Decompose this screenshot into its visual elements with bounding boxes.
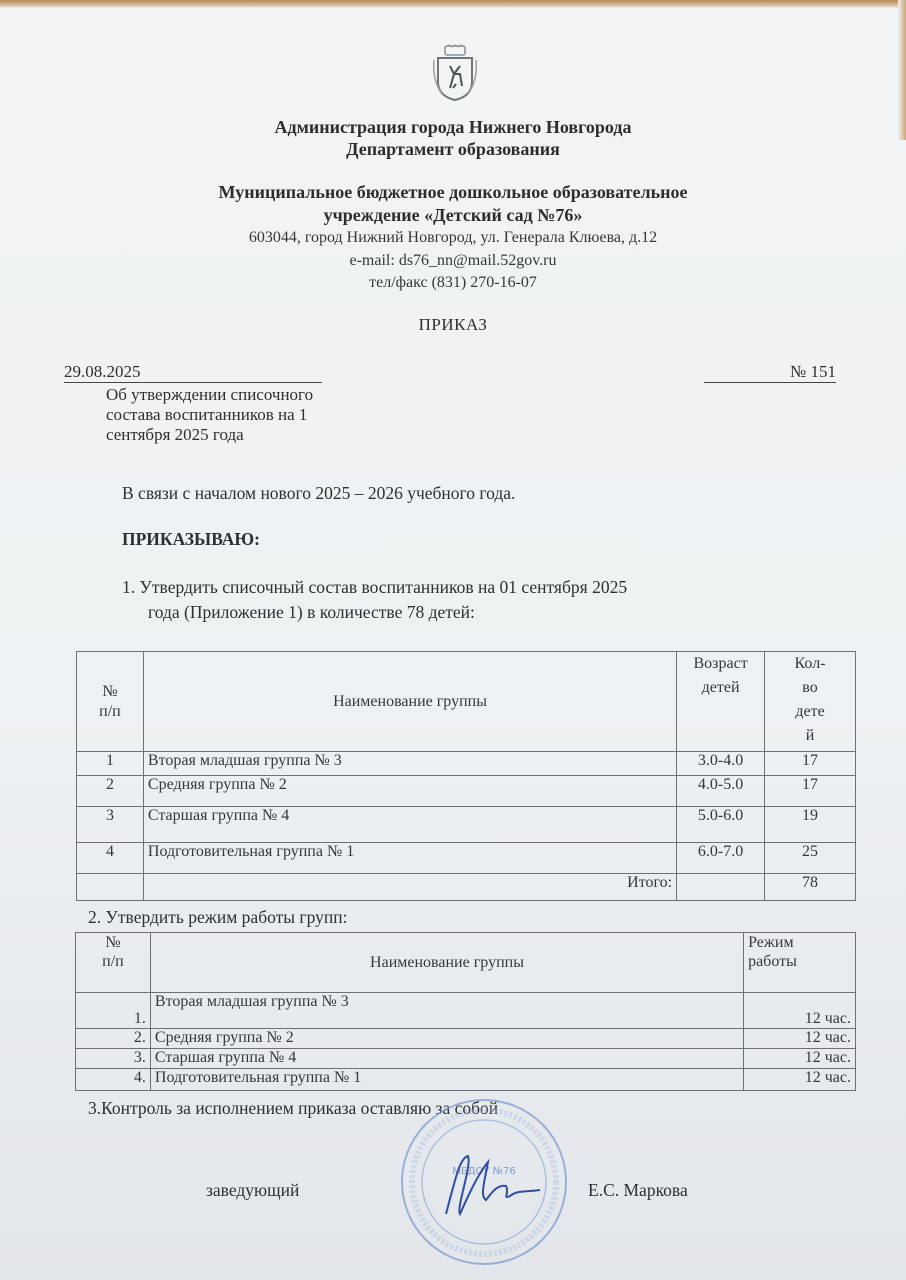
header-text: Кол- — [769, 652, 851, 676]
item-1-line-1: 1. Утвердить списочный состав воспитанни… — [122, 576, 627, 598]
cell-age: 6.0-7.0 — [677, 843, 765, 874]
item-1-line-2: года (Приложение 1) в количестве 78 дете… — [148, 601, 475, 623]
header-text: работы — [748, 952, 851, 971]
header-num: № п/п — [77, 652, 144, 752]
cell-group-name: Средняя группа № 2 — [150, 1029, 743, 1049]
cell-mode: 12 час. — [744, 1069, 856, 1091]
header-text: № — [81, 682, 139, 702]
cell-empty — [77, 874, 144, 901]
cell-empty — [677, 874, 765, 901]
table-row: 4 Подготовительная группа № 1 6.0-7.0 25 — [77, 843, 856, 874]
cell-num: 1. — [76, 993, 151, 1029]
cell-group-name: Вторая младшая группа № 3 — [143, 752, 676, 776]
work-mode-table: № п/п Наименование группы Режим работы 1… — [75, 932, 856, 1091]
total-label: Итого: — [143, 874, 676, 901]
cell-num: 2. — [76, 1029, 151, 1049]
signature-name: Е.С. Маркова — [588, 1180, 688, 1201]
header-text: й — [769, 724, 851, 748]
cell-age: 4.0-5.0 — [677, 776, 765, 807]
order-word: ПРИКАЗЫВАЮ: — [122, 528, 260, 550]
table-header-row: № п/п Наименование группы Режим работы — [76, 933, 856, 993]
cell-group-name: Вторая младшая группа № 3 — [150, 993, 743, 1029]
cell-group-name: Средняя группа № 2 — [143, 776, 676, 807]
cell-mode: 12 час. — [744, 1049, 856, 1069]
header-text: п/п — [81, 702, 139, 722]
order-number: № 151 — [704, 362, 836, 383]
cell-num: 1 — [77, 752, 144, 776]
order-subject: Об утверждении списочного состава воспит… — [106, 385, 406, 445]
header-count: Кол- во дете й — [765, 652, 856, 752]
header-text: детей — [681, 676, 760, 700]
org-email: e-mail: ds76_nn@mail.52gov.ru — [0, 251, 906, 271]
cell-count: 17 — [765, 776, 856, 807]
header-group-name: Наименование группы — [150, 933, 743, 993]
table-row: 3. Старшая группа № 4 12 час. — [76, 1049, 856, 1069]
header-text: № — [80, 933, 146, 952]
header-mode: Режим работы — [744, 933, 856, 993]
header-age: Возраст детей — [677, 652, 765, 752]
table-row: 2 Средняя группа № 2 4.0-5.0 17 — [77, 776, 856, 807]
table-total-row: Итого: 78 — [77, 874, 856, 901]
header-group-name: Наименование группы — [143, 652, 676, 752]
cell-num: 2 — [77, 776, 144, 807]
children-count-table: № п/п Наименование группы Возраст детей … — [76, 651, 856, 901]
cell-mode: 12 час. — [744, 993, 856, 1029]
cell-num: 3 — [77, 807, 144, 843]
cell-group-name: Подготовительная группа № 1 — [150, 1069, 743, 1091]
header-text: п/п — [80, 952, 146, 971]
org-address: 603044, город Нижний Новгород, ул. Генер… — [0, 228, 906, 248]
cell-group-name: Подготовительная группа № 1 — [143, 843, 676, 874]
signature-stroke — [446, 1156, 540, 1214]
table-row: 2. Средняя группа № 2 12 час. — [76, 1029, 856, 1049]
cell-count: 19 — [765, 807, 856, 843]
order-number-value: № 151 — [790, 362, 836, 381]
total-value: 78 — [765, 874, 856, 901]
header-text: дете — [769, 700, 851, 724]
cell-age: 5.0-6.0 — [677, 807, 765, 843]
table-row: 1 Вторая младшая группа № 3 3.0-4.0 17 — [77, 752, 856, 776]
admin-line-2: Департамент образования — [0, 139, 906, 160]
cell-count: 17 — [765, 752, 856, 776]
table-header-row: № п/п Наименование группы Возраст детей … — [77, 652, 856, 752]
order-date-value: 29.08.2025 — [64, 362, 141, 381]
header-text: Возраст — [681, 652, 760, 676]
cell-group-name: Старшая группа № 4 — [143, 807, 676, 843]
subject-line: состава воспитанников на 1 — [106, 405, 406, 425]
order-date: 29.08.2025 — [64, 362, 322, 383]
coat-of-arms-icon — [432, 44, 478, 102]
table-row: 3 Старшая группа № 4 5.0-6.0 19 — [77, 807, 856, 843]
cell-num: 3. — [76, 1049, 151, 1069]
signature-position: заведующий — [206, 1180, 299, 1201]
table-row: 4. Подготовительная группа № 1 12 час. — [76, 1069, 856, 1091]
official-stamp-icon: МБДОУ №76 — [398, 1096, 570, 1268]
cell-age: 3.0-4.0 — [677, 752, 765, 776]
org-line-2: учреждение «Детский сад №76» — [0, 205, 906, 226]
preamble: В связи с началом нового 2025 – 2026 уче… — [122, 482, 515, 504]
table-row: 1. Вторая младшая группа № 3 12 час. — [76, 993, 856, 1029]
cell-num: 4. — [76, 1069, 151, 1091]
org-phone: тел/факс (831) 270-16-07 — [0, 273, 906, 293]
subject-line: Об утверждении списочного — [106, 385, 406, 405]
org-line-1: Муниципальное бюджетное дошкольное образ… — [0, 182, 906, 203]
document-title: ПРИКАЗ — [0, 315, 906, 335]
cell-mode: 12 час. — [744, 1029, 856, 1049]
item-2: 2. Утвердить режим работы групп: — [88, 906, 347, 928]
subject-line: сентября 2025 года — [106, 425, 406, 445]
admin-line-1: Администрация города Нижнего Новгорода — [0, 117, 906, 138]
header-text: во — [769, 676, 851, 700]
cell-count: 25 — [765, 843, 856, 874]
header-text: Режим — [748, 933, 851, 952]
cell-group-name: Старшая группа № 4 — [150, 1049, 743, 1069]
paper-top-edge — [0, 0, 906, 8]
header-num: № п/п — [76, 933, 151, 993]
cell-num: 4 — [77, 843, 144, 874]
